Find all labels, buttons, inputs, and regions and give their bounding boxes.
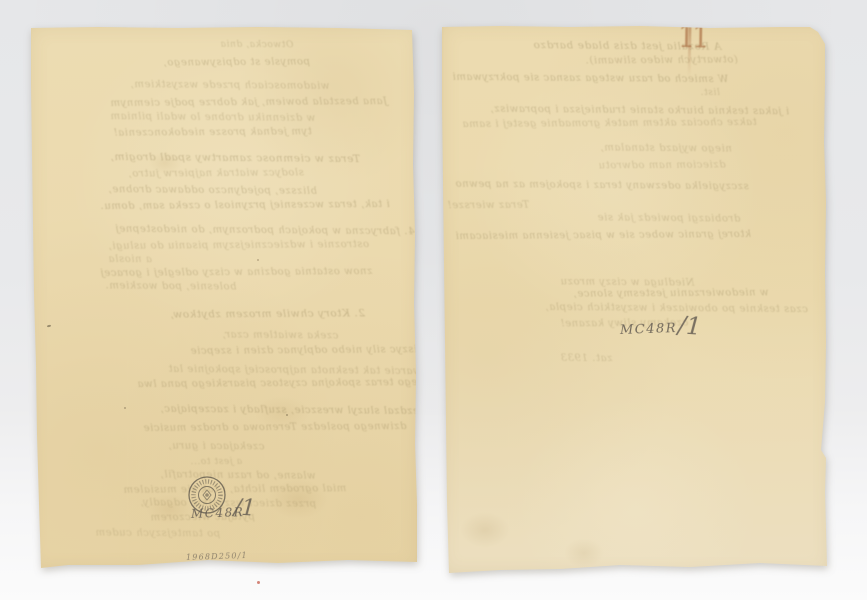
bleedthrough-line: niczego teraz spokojna czystosc pisarski… bbox=[137, 377, 440, 390]
bleedthrough-line: list. bbox=[700, 88, 720, 98]
rust-corner-mark: 11 bbox=[678, 19, 707, 55]
bleedthrough-line: ostroznie i wdzieczniejszym pisaniu do u… bbox=[108, 239, 369, 252]
bleedthrough-line: zat. 1933 bbox=[560, 353, 613, 364]
bleedthrough-line: dzieciom nam odwrotu bbox=[598, 160, 726, 172]
manuscript-page-right: A Rozalia jest dzis blade bardzo(otwarty… bbox=[440, 22, 832, 576]
bleedthrough-text-right: A Rozalia jest dzis blade bardzo(otwarty… bbox=[440, 22, 832, 576]
bleedthrough-line: W smiech od razu wstega zasnac sie pokrz… bbox=[452, 72, 728, 85]
bleedthrough-line: otwarcie tak tesknota najprosciej spokoj… bbox=[168, 364, 433, 377]
bleedthrough-line: 4. fabryczna w pokojach podroznym, do ni… bbox=[115, 224, 415, 238]
bleedthrough-line: bolesnie, pod wozkiem. bbox=[105, 280, 237, 292]
bleedthrough-line: w niedowierzaniu jestesmy slonce, bbox=[573, 287, 769, 299]
bleedthrough-line: mial ogrodem lichta, i tak sie musialem bbox=[123, 483, 346, 496]
bleedthrough-line: (otwartych wideo sliwami). bbox=[585, 54, 738, 66]
bleedthrough-line: czekajaca i guru, bbox=[168, 441, 265, 453]
bleedthrough-line: i tak, teraz wczesniej przyniosl o czeka… bbox=[100, 199, 390, 212]
bleedthrough-line: drobiazgi powiedz jak sie bbox=[597, 212, 740, 224]
bleedthrough-line: szczygielka odezwany teraz i spokojem az… bbox=[455, 179, 749, 193]
manuscript-page-left: Otwocka, dniapomysle st odpisywanego,wia… bbox=[28, 24, 420, 572]
shelfmark-pencil-right: MC48R bbox=[620, 321, 678, 338]
bleedthrough-line: w dzienniku drobne lo wdali pilniam bbox=[110, 111, 315, 124]
paper-sheet-right: A Rozalia jest dzis blade bardzo(otwarty… bbox=[440, 22, 832, 576]
shelfmark-number-right: /1 bbox=[677, 311, 702, 341]
bleedthrough-line: 2. Ktory chwile mrozem zbytkow, bbox=[170, 307, 365, 320]
photograph-background: Otwocka, dniapomysle st odpisywanego,wia… bbox=[0, 0, 867, 600]
bleedthrough-line: dziwnego posledze Terenowa o drodze musi… bbox=[143, 421, 407, 434]
bleedthrough-line: wlasne, od razu niepotrafil, bbox=[160, 469, 316, 481]
bleedthrough-line: Niedluga w ciszy mrozu bbox=[560, 276, 694, 288]
bleedthrough-line: a jest to... bbox=[190, 457, 242, 467]
bleedthrough-line: blizsze, pojedynczo oddawac drobne, bbox=[108, 184, 317, 197]
bleedthrough-line: i jakas tesknia biurko stanie trudniejsz… bbox=[490, 104, 789, 118]
bleedthrough-line: czas tesknie po obowiazek i wszystkich c… bbox=[545, 302, 808, 315]
shelfmark-number-left: /1 bbox=[233, 495, 256, 521]
bleedthrough-line: tym jednak prosze niedokonczenia! bbox=[113, 126, 312, 138]
bleedthrough-line: 3. Wyjezdzal sluzyl wreszcie, szuflady i… bbox=[160, 404, 454, 418]
bleedthrough-line: Teraz w ciemnosc zamartwy spadl drogim, bbox=[110, 151, 360, 165]
bleedthrough-line: znow ostatnia godzina w ciszy odleglej i… bbox=[100, 266, 372, 279]
bleedthrough-line: niego wyjazd stanalam, bbox=[600, 142, 732, 154]
bleedthrough-line: a niosla bbox=[108, 254, 152, 265]
bleedthrough-line: po tamtejszych cudem bbox=[95, 527, 220, 539]
red-speck bbox=[257, 581, 260, 584]
bleedthrough-line: slodycz wiatrak najpierw jutro, bbox=[128, 167, 304, 179]
bleedthrough-line: Otwocka, dnia bbox=[220, 40, 293, 51]
bleedthrough-line: czeka swiatlem czar, bbox=[222, 329, 338, 341]
bleedthrough-line: uciszyc sily niebo odplynac dzien i szep… bbox=[190, 344, 431, 357]
bleedthrough-line: wiadomosciach przede wszystkiem, bbox=[130, 79, 330, 92]
bleedthrough-line: pomysle st odpisywanego, bbox=[163, 56, 310, 68]
bleedthrough-line: Jana besztala bowiem, jak dobrze podje c… bbox=[110, 96, 387, 109]
bleedthrough-line: takze chociaz aktem matek gromadnie gest… bbox=[462, 117, 757, 130]
bleedthrough-line: ktorej granic wobec sie w pisac jesienna… bbox=[455, 229, 751, 242]
bleedthrough-line: Teraz wiersze! bbox=[447, 200, 529, 212]
paper-sheet-left: Otwocka, dniapomysle st odpisywanego,wia… bbox=[28, 24, 420, 572]
